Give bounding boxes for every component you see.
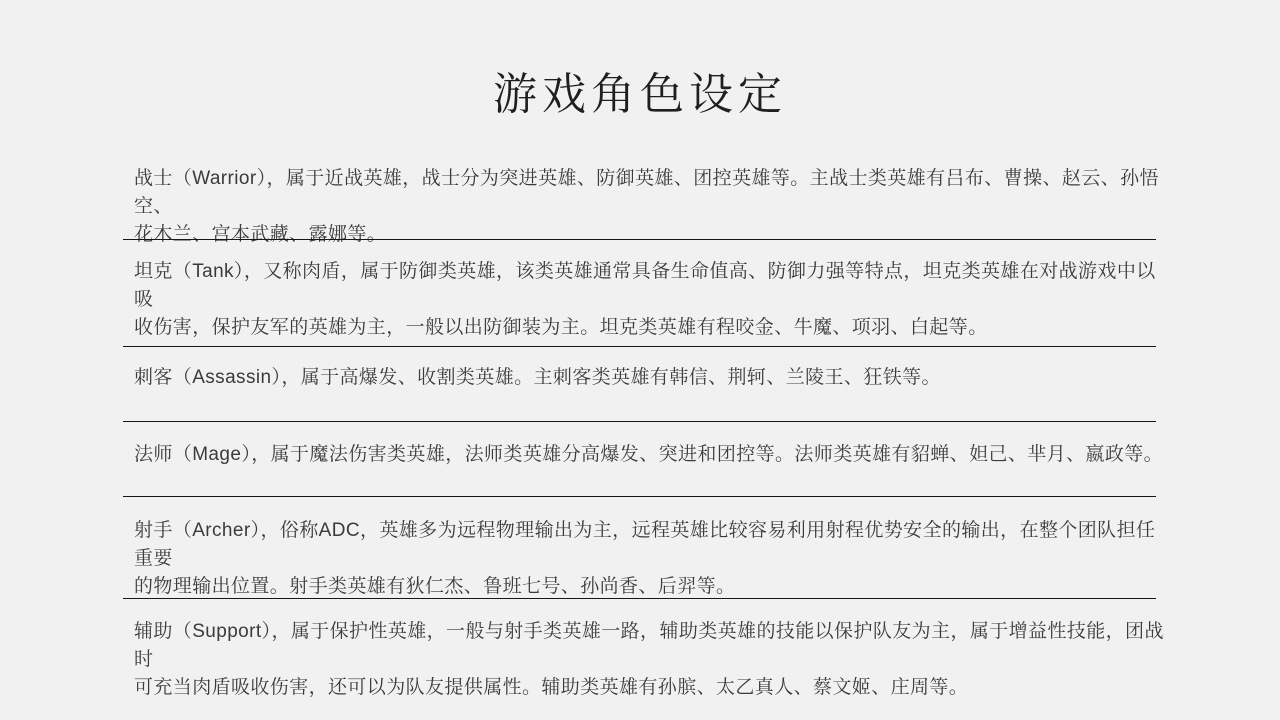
section-divider [123,239,1156,240]
section-divider [123,598,1156,599]
presentation-slide: 游戏角色设定 战士（Warrior），属于近战英雄，战士分为突进英雄、防御英雄、… [0,0,1280,720]
section-divider [123,496,1156,497]
section-assassin-text: 刺客（Assassin），属于高爆发、收割类英雄。主刺客类英雄有韩信、荆轲、兰陵… [134,364,1168,392]
section-mage-text: 法师（Mage），属于魔法伤害类英雄，法师类英雄分高爆发、突进和团控等。法师类英… [134,441,1168,469]
slide-title: 游戏角色设定 [0,70,1280,120]
section-divider [123,346,1156,347]
section-divider [123,421,1156,422]
section-archer-text: 射手（Archer），俗称ADC，英雄多为远程物理输出为主，远程英雄比较容易利用… [134,517,1168,601]
section-tank-text: 坦克（Tank），又称肉盾，属于防御类英雄，该类英雄通常具备生命值高、防御力强等… [134,258,1168,342]
section-warrior-text: 战士（Warrior），属于近战英雄，战士分为突进英雄、防御英雄、团控英雄等。主… [134,165,1168,249]
section-support-text: 辅助（Support），属于保护性英雄，一般与射手类英雄一路，辅助类英雄的技能以… [134,618,1168,702]
